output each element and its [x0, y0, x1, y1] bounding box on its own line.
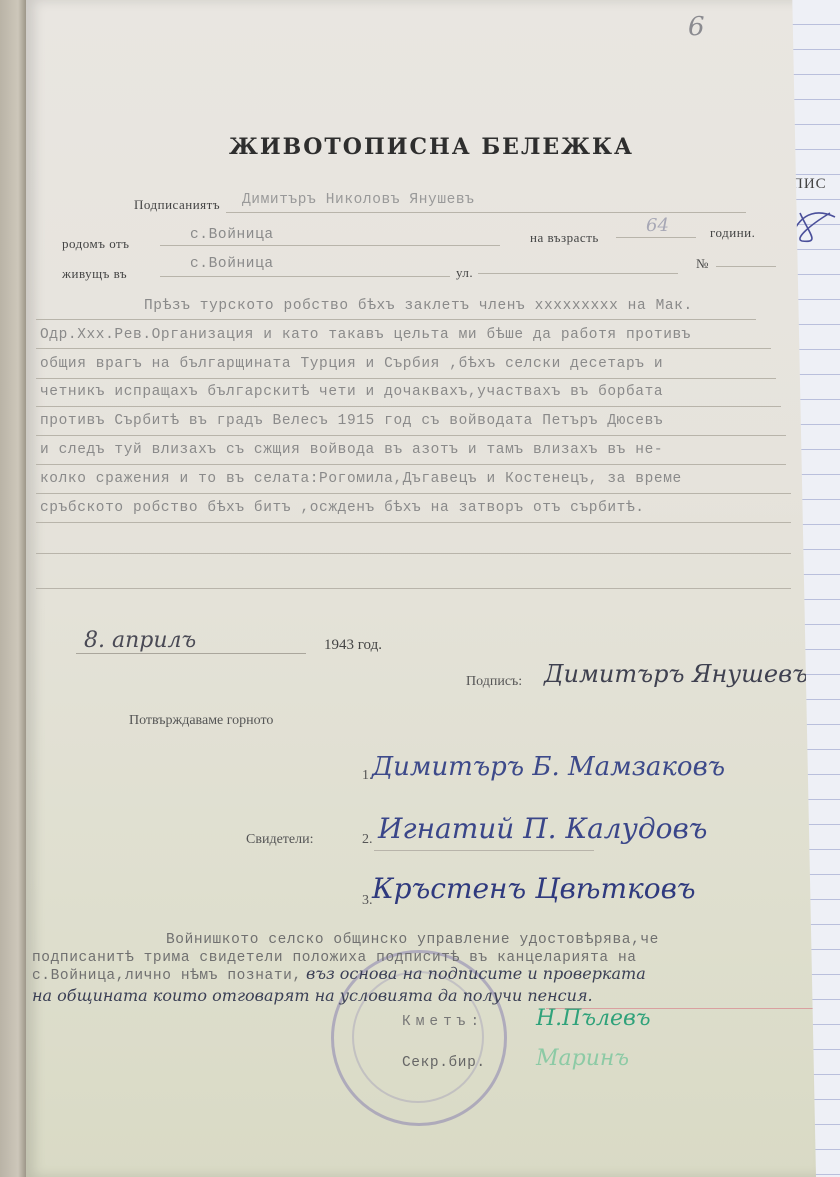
mayor-label: Кметъ: — [402, 1014, 484, 1030]
document-title: ЖИВОТОПИСНА БЕЛЕЖКА — [229, 134, 634, 160]
confirmation-label: Потвърждаваме горното — [129, 713, 273, 729]
born-value: с.Войница — [190, 227, 274, 243]
age-value: 64 — [646, 215, 669, 236]
street-label: ул. — [456, 265, 473, 281]
cert-typed-line-3: с.Войница,лично нѣмъ познати, — [32, 968, 302, 984]
witness-2-number: 2. — [362, 832, 373, 848]
body-line-2: Одр.Ххх.Рев.Организация и като такавъ це… — [40, 327, 691, 343]
signature-value: Димитъръ Янушевъ — [544, 660, 808, 688]
witness-1-number: 1. — [362, 768, 373, 784]
body-line-6: и следъ туй влизахъ съ сжщия войвода въ … — [40, 442, 663, 458]
born-label: родомъ отъ — [62, 236, 129, 252]
witness-3-number: 3. — [362, 893, 373, 909]
document-sheet: 6 ЖИВОТОПИСНА БЕЛЕЖКА Подписаниятъ Димит… — [26, 0, 816, 1177]
living-value: с.Войница — [190, 256, 274, 272]
page-number: 6 — [688, 12, 705, 42]
years-label: години. — [710, 225, 755, 241]
body-line-3: общия врагъ на българщината Турция и Сър… — [40, 356, 663, 372]
body-line-7: колко сражения и то въ селата:Рогомила,Д… — [40, 471, 682, 487]
body-line-8: сръбското робство бѣхъ битъ ,осжденъ бѣх… — [40, 500, 645, 516]
body-line-4: четникъ испращахъ българскитѣ чети и доч… — [40, 384, 663, 400]
background-paper-text: ПИС — [792, 176, 827, 193]
witness-2-signature: Игнатий П. Калудовъ — [378, 812, 707, 845]
cert-handwritten-line-1: въз основа на подписите и проверката — [306, 964, 646, 983]
secretary-label: Секр.бир. — [402, 1055, 486, 1071]
number-label: № — [696, 256, 709, 272]
witness-1-signature: Димитъръ Б. Мамзаковъ — [372, 752, 725, 782]
signed-label: Подписаниятъ — [134, 197, 220, 213]
body-line-1: Прѣзъ турското робство бѣхъ заклетъ член… — [144, 298, 693, 314]
cert-handwritten-line-2: на общината които отговарят на условията… — [32, 986, 593, 1005]
body-line-5: противъ Сърбитѣ въ градъ Велесъ 1915 год… — [40, 413, 663, 429]
secretary-signature: Маринъ — [536, 1046, 629, 1071]
signed-value: Димитъръ Николовъ Янушевъ — [242, 192, 475, 208]
mayor-signature: Н.Пълевъ — [536, 1006, 651, 1031]
living-label: живущъ въ — [62, 266, 127, 282]
date-year: 1943 год. — [324, 637, 382, 654]
witnesses-label: Свидетели: — [246, 832, 313, 848]
background-scribble-icon — [790, 205, 840, 245]
age-label: на възрасть — [530, 230, 599, 246]
signature-label: Подписъ: — [466, 674, 522, 690]
book-binding — [0, 0, 30, 1177]
cert-typed-line-1: Войнишкото селско общинско управление уд… — [166, 932, 659, 948]
witness-3-signature: Кръстенъ Цвѣтковъ — [372, 872, 696, 905]
date-handwritten: 8. априлъ — [84, 628, 196, 653]
